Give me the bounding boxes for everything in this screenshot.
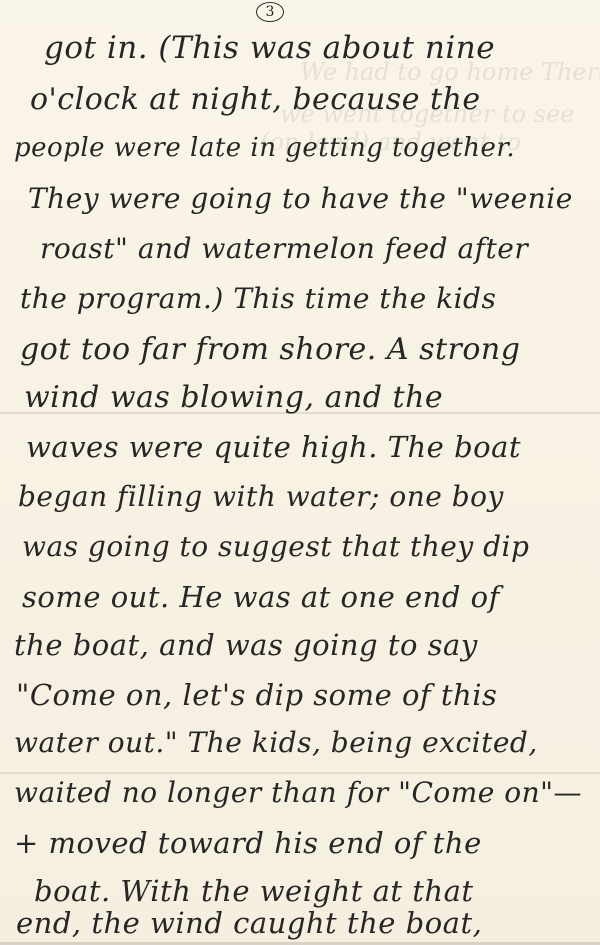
text-line: water out." The kids, being excited, — [14, 726, 538, 759]
handwritten-letter-page: We had to go home There we went together… — [0, 0, 600, 945]
text-line: They were going to have the "weenie — [28, 182, 573, 215]
text-line: o'clock at night, because the — [30, 82, 481, 117]
text-line: waves were quite high. The boat — [26, 430, 521, 464]
text-line: "Come on, let's dip some of this — [16, 678, 497, 712]
text-line: end, the wind caught the boat, — [16, 906, 482, 940]
text-line: roast" and watermelon feed after — [40, 232, 528, 265]
text-line: + moved toward his end of the — [14, 826, 482, 860]
text-line: some out. He was at one end of — [22, 580, 500, 614]
text-line: the boat, and was going to say — [14, 628, 478, 662]
text-line: was going to suggest that they dip — [22, 530, 529, 563]
text-line: the program.) This time the kids — [20, 282, 496, 315]
text-line: people were late in getting together. — [14, 133, 515, 163]
paper-fold-line — [0, 772, 600, 774]
text-line: boat. With the weight at that — [34, 874, 474, 908]
text-line: wind was blowing, and the — [24, 380, 443, 415]
page-number: 3 — [256, 2, 284, 22]
text-line: began filling with water; one boy — [18, 480, 504, 513]
text-line: got too far from shore. A strong — [20, 332, 520, 367]
text-line: got in. (This was about nine — [44, 30, 495, 66]
text-line: waited no longer than for "Come on"— — [14, 776, 582, 809]
